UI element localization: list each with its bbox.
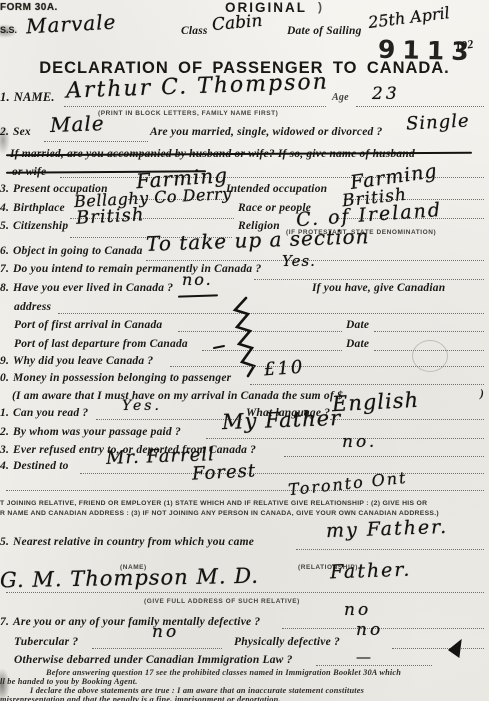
dotted-line (44, 141, 148, 142)
q10-number: 0. (0, 372, 9, 384)
port-first-arrival-label: Port of first arrival in Canada (14, 319, 162, 331)
q8-address-label: address (14, 301, 51, 313)
dotted-line (6, 592, 484, 593)
q12-number: 2. (0, 426, 9, 438)
physically-defective-label: Physically defective ? (234, 636, 340, 648)
q1-number: 1. (0, 90, 10, 105)
physically-defective-answer-handwriting: no (356, 620, 383, 640)
q4-label: 4.Birthplace (0, 202, 65, 214)
dotted-line (92, 648, 222, 649)
otherwise-debarred-label: Otherwise debarred under Canadian Immigr… (14, 654, 293, 666)
q8-answer-handwriting: no. (182, 270, 213, 289)
q6-label: 6.Object in going to Canada (0, 245, 143, 257)
relative-name-handwriting: G. M. Thompson M. D. (0, 564, 259, 593)
q9-number: 9. (0, 355, 9, 367)
q16-answer-handwriting: no (344, 600, 371, 620)
document-page: FORM 30A. ORIGINAL ) S.S. Marvale Class … (0, 0, 489, 701)
dotted-line (64, 106, 326, 107)
q14-number: 4. (0, 460, 9, 472)
paren-artifact: ) (318, 0, 322, 14)
dotted-line (58, 313, 484, 314)
q7-answer-handwriting: Yes. (282, 252, 316, 270)
dotted-line (250, 384, 484, 385)
q5-number: 5. (0, 220, 9, 232)
q8-suffix: If you have, give Canadian (312, 282, 445, 294)
declaration-line1: I declare the above statements are true … (30, 686, 364, 695)
q12-answer-handwriting: My Father (222, 406, 342, 434)
scan-smudge (412, 340, 448, 372)
q10-note-close: ) (480, 388, 484, 400)
dotted-line (296, 549, 484, 550)
q16-number: 7. (0, 616, 9, 628)
q13-answer-handwriting: no. (342, 432, 377, 452)
declaration-line2: misrepresentation and that the penalty i… (0, 695, 281, 701)
q5-label: 5.Citizenship (0, 220, 68, 232)
q11-answer2-handwriting: English (331, 388, 419, 417)
q11-answer-handwriting: Yes. (122, 398, 162, 414)
dotted-line (356, 106, 484, 107)
dotted-line (6, 490, 484, 491)
q10-label: 0.Money in possession belonging to passe… (0, 372, 231, 384)
q5-answer-handwriting: British (75, 204, 144, 229)
q14-label: 4.Destined to (0, 460, 69, 472)
q15-number: 5. (0, 536, 9, 548)
q7-label: 7.Do you intend to remain permanently in… (0, 263, 261, 275)
q3-number: 3. (0, 183, 9, 195)
year-prefix: 192 (454, 37, 475, 54)
q12-label: 2.By whom was your passage paid ? (0, 426, 181, 438)
dotted-line (392, 648, 484, 649)
class-value-handwriting: Cabin (211, 11, 263, 35)
q6-answer-handwriting: To take up a section (146, 224, 370, 256)
sailing-label: Date of Sailing (287, 25, 362, 37)
debarred-answer-handwriting: — (356, 648, 371, 666)
footer-note-line1: Before answering question 17 see the pro… (46, 668, 401, 677)
dotted-line (330, 419, 484, 420)
ship-name-handwriting: Marvale (25, 10, 117, 39)
pen-arrow-mark (448, 636, 469, 658)
form-number: FORM 30A. (0, 2, 58, 13)
dotted-line (374, 350, 484, 351)
q10-answer-handwriting: £10 (263, 357, 305, 381)
port-first-date-label: Date (346, 319, 369, 331)
ss-label: S.S. (0, 25, 17, 35)
joining-note-line2: R NAME AND CANADIAN ADDRESS : (3) IF NOT… (0, 510, 439, 517)
q14-line2-handwriting: Forest (191, 460, 256, 484)
dotted-line (80, 473, 484, 474)
sailing-date-handwriting: 25th April (367, 3, 451, 32)
q13-number: 3. (0, 444, 9, 456)
q10-note: (I am aware that I must have on my arriv… (12, 390, 343, 402)
q16-label: 7.Are you or any of your family mentally… (0, 616, 260, 628)
q1-label: 1.NAME. (0, 90, 55, 105)
age-value-handwriting: 23 (372, 84, 400, 104)
relative-address-caption: (GIVE FULL ADDRESS OF SUCH RELATIVE) (144, 598, 300, 605)
q11-number: 1. (0, 407, 9, 419)
q2-married-label: Are you married, single, widowed or divo… (150, 126, 382, 138)
q2-label: 2.Sex (0, 126, 31, 138)
dotted-line (284, 456, 484, 457)
dotted-line (316, 665, 432, 666)
tubercular-label: Tubercular ? (14, 636, 78, 648)
q2-married-handwriting: Single (405, 110, 470, 134)
relative-relationship-handwriting: Father. (330, 559, 412, 584)
q7-number: 7. (0, 263, 9, 275)
dotted-line (170, 366, 484, 367)
tubercular-answer-handwriting: no (152, 622, 179, 642)
dotted-line (96, 419, 242, 420)
q2-sex-handwriting: Male (50, 111, 105, 137)
q8-label: 8.Have you ever lived in Canada ? (0, 282, 173, 294)
q3-label2: Intended occupation (226, 183, 327, 195)
pen-squiggle (212, 296, 268, 382)
q11-label: 1.Can you read ? (0, 407, 88, 419)
age-label: Age (332, 92, 349, 103)
q9-label: 9.Why did you leave Canada ? (0, 355, 153, 367)
q1-caption: (PRINT IN BLOCK LETTERS, FAMILY NAME FIR… (98, 110, 278, 117)
q15-answer-handwriting: my Father. (326, 516, 449, 542)
dotted-line (254, 279, 484, 280)
class-label: Class (181, 25, 208, 37)
q2-number: 2. (0, 126, 9, 138)
q15-label: 5.Nearest relative in country from which… (0, 536, 254, 548)
dotted-line (374, 331, 484, 332)
q4-number: 4. (0, 202, 9, 214)
q6-number: 6. (0, 245, 9, 257)
port-last-departure-label: Port of last departure from Canada (14, 338, 188, 350)
joining-note-line1: T JOINING RELATIVE, FRIEND OR EMPLOYER (… (0, 500, 427, 507)
footer-note-line2: ll be handed to you by Booking Agent. (0, 677, 138, 686)
port-last-date-label: Date (346, 338, 369, 350)
q8-number: 8. (0, 282, 9, 294)
